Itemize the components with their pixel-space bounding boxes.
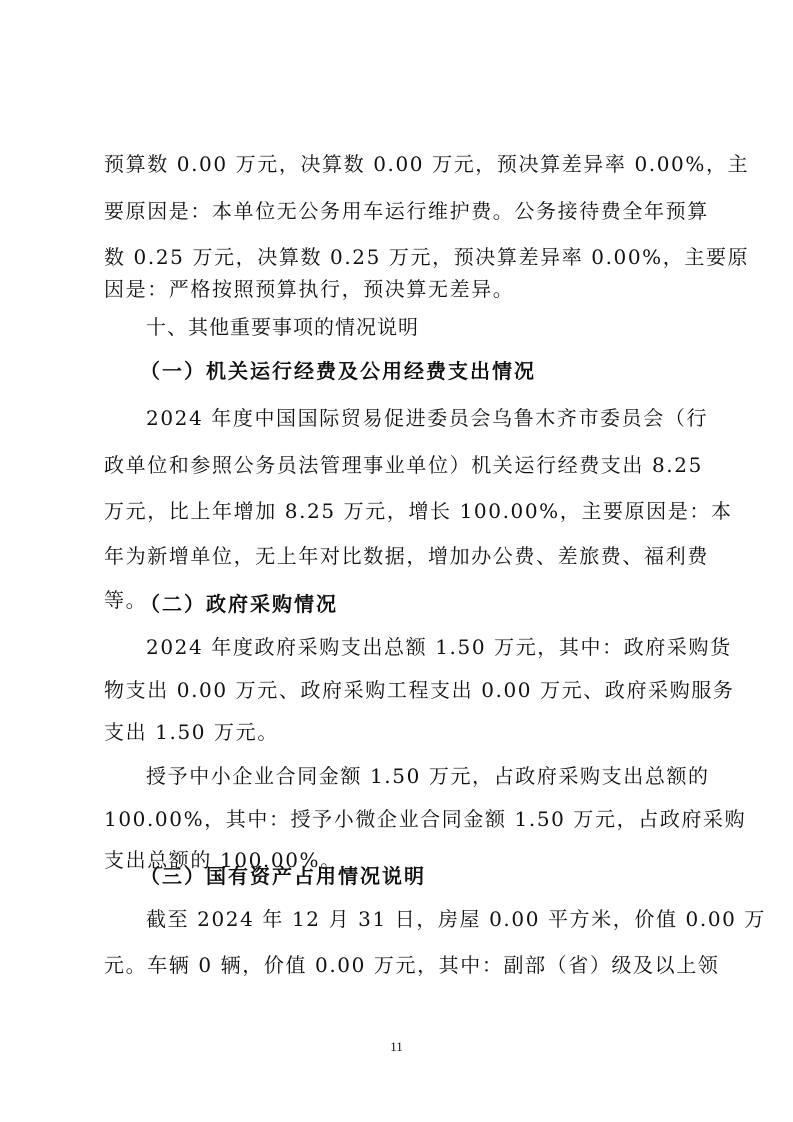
- paragraph-line: 2024 年度政府采购支出总额 1.50 万元，其中：政府采购货: [146, 633, 690, 661]
- paragraph-line: 授予中小企业合同金额 1.50 万元，占政府采购支出总额的: [146, 762, 690, 790]
- paragraph-line: 2024 年度中国国际贸易促进委员会乌鲁木齐市委员会（行: [146, 404, 690, 432]
- paragraph-line: 要原因是：本单位无公务用车运行维护费。公务接待费全年预算: [104, 197, 690, 225]
- paragraph-line: 物支出 0.00 万元、政府采购工程支出 0.00 万元、政府采购服务: [104, 676, 690, 704]
- paragraph-line: 100.00%，其中：授予小微企业合同金额 1.50 万元，占政府采购: [104, 805, 690, 833]
- paragraph-line: 因是：严格按照预算执行，预决算无差异。: [104, 275, 690, 303]
- document-page: 预算数 0.00 万元，决算数 0.00 万元，预决算差异率 0.00%，主 要…: [0, 0, 793, 1122]
- paragraph-line: 万元，比上年增加 8.25 万元，增长 100.00%，主要原因是：本: [104, 497, 690, 525]
- paragraph-line: 截至 2024 年 12 月 31 日，房屋 0.00 平方米，价值 0.00 …: [146, 905, 690, 933]
- paragraph-line: 数 0.25 万元，决算数 0.25 万元，预决算差异率 0.00%，主要原: [104, 243, 690, 271]
- section-heading: 十、其他重要事项的情况说明: [146, 313, 419, 341]
- paragraph-line: 元。车辆 0 辆，价值 0.00 万元，其中：副部（省）级及以上领: [104, 951, 690, 979]
- paragraph-line: 预算数 0.00 万元，决算数 0.00 万元，预决算差异率 0.00%，主: [104, 150, 690, 178]
- subsection-heading: （一）机关运行经费及公用经费支出情况: [140, 357, 536, 385]
- paragraph-line: 年为新增单位，无上年对比数据，增加办公费、差旅费、福利费: [104, 542, 690, 570]
- paragraph-line: 政单位和参照公务员法管理事业单位）机关运行经费支出 8.25: [104, 451, 690, 479]
- paragraph-line: 支出 1.50 万元。: [104, 718, 690, 746]
- subsection-heading: （二）政府采购情况: [140, 590, 338, 618]
- subsection-heading: （三）国有资产占用情况说明: [140, 862, 426, 890]
- page-number: 11: [0, 1039, 793, 1055]
